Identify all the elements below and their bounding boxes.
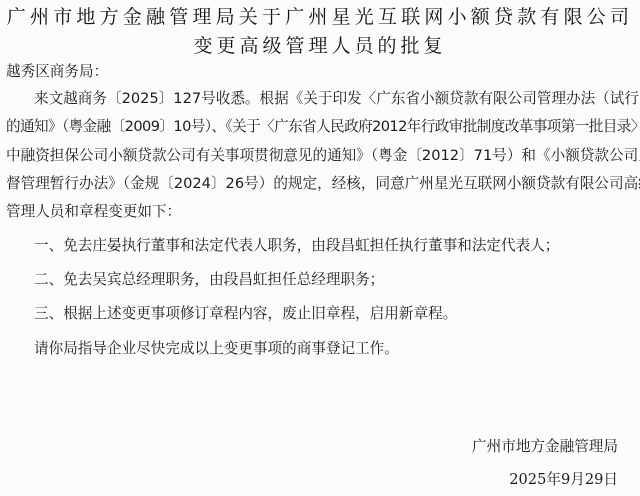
paragraph-line: 管理人员和章程变更如下： [6, 202, 181, 222]
list-item: 一、免去庄晏执行董事和法定代表人职务，由段昌虹担任执行董事和法定代表人； [34, 236, 559, 256]
paragraph-line: 的通知》（粤金融〔2009〕10号）、《关于〈广东省人民政府2012年行政审批制… [6, 117, 640, 137]
document-date: 2025年9月29日 [509, 470, 618, 490]
list-item: 二、免去吴宾总经理职务，由段昌虹担任总经理职务； [34, 270, 384, 290]
signature: 广州市地方金融管理局 [472, 437, 618, 457]
document-title-line-1: 广州市地方金融管理局关于广州星光互联网小额贷款有限公司 [0, 2, 640, 29]
paragraph-line: 来文越商务〔2025〕127号收悉。根据《关于印发〈广东省小额贷款有限公司管理办… [34, 89, 640, 109]
list-item: 三、根据上述变更事项修订章程内容，废止旧章程，启用新章程。 [34, 304, 457, 324]
addressee: 越秀区商务局： [6, 62, 108, 82]
paragraph-line: 督管理暂行办法》（金规〔2024〕26号）的规定，经核，同意广州星光互联网小额贷… [6, 174, 640, 194]
paragraph-line: 中融资担保公司小额贷款公司有关事项贯彻意见的通知》（粤金〔2012〕71号）和《… [6, 146, 640, 166]
closing-text: 请你局指导企业尽快完成以上变更事项的商事登记工作。 [34, 339, 399, 359]
document-title-line-2: 变更高级管理人员的批复 [0, 31, 640, 58]
